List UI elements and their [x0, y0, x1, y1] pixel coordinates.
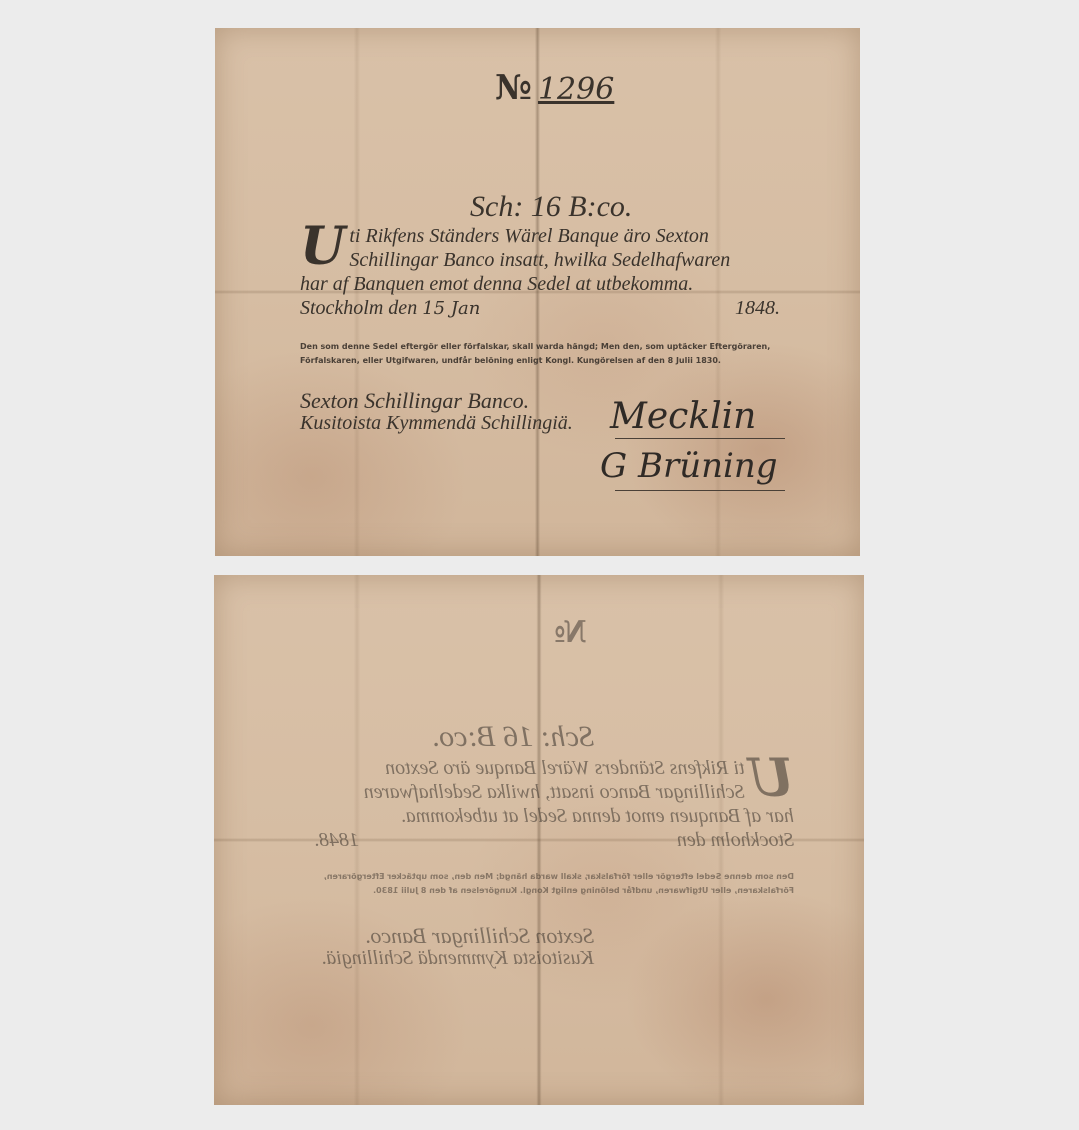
back-warning-line-2: Förfalskaren, eller Utgifwaren, undfår b…	[289, 884, 794, 898]
place-label: Stockholm den	[300, 297, 417, 319]
back-serial-prefix: №	[554, 615, 587, 650]
back-value-swedish: Sexton Schillingar Banco.	[321, 925, 594, 947]
serial-prefix: №	[495, 68, 532, 108]
handwritten-date: 15 Jan	[422, 298, 480, 319]
back-place-label: Stockholm den	[677, 828, 794, 852]
date-line: Stockholm den 15 Jan 1848.	[300, 296, 810, 321]
back-warning: Den som denne Sedel eftergör eller förfa…	[289, 870, 794, 898]
decorative-initial: U	[300, 224, 345, 270]
back-decorative-initial: U	[749, 756, 794, 802]
back-date-line: Stockholm den 1848.	[284, 828, 794, 852]
promise-line-2: Schillingar Banco insatt, hwilka Sedelha…	[300, 248, 810, 272]
warning-line-2: Förfalskaren, eller Utgifwaren, undfår b…	[300, 354, 805, 368]
signature-2: G Brüning	[600, 446, 778, 486]
banknote-front: №1296 Sch: 16 B:co. U ti Rikfens Ständer…	[215, 28, 860, 556]
promise-line-1: ti Rikfens Ständers Wärel Banque äro Sex…	[300, 224, 810, 248]
back-line-1: ti Rikfens Ständers Wärel Banque äro Sex…	[284, 756, 794, 780]
denomination: Sch: 16 B:co.	[470, 190, 632, 224]
back-denomination: Sch: 16 B:co.	[432, 720, 594, 754]
value-finnish: Kusitoista Kymmendä Schillingiä.	[300, 412, 573, 434]
signature-1: Mecklin	[610, 396, 756, 437]
serial-value: 1296	[538, 72, 614, 107]
issue-year: 1848.	[735, 296, 780, 321]
promise-text: U ti Rikfens Ständers Wärel Banque äro S…	[300, 224, 810, 321]
serial-number: №1296	[495, 68, 614, 108]
promise-line-3: har af Banquen emot denna Sedel at utbek…	[300, 272, 810, 296]
back-value-finnish: Kusitoista Kymmendä Schillingiä.	[321, 947, 594, 969]
back-year: 1848.	[314, 828, 359, 852]
value-in-words: Sexton Schillingar Banco. Kusitoista Kym…	[300, 390, 573, 434]
signature-line-1	[615, 438, 785, 439]
warning-line-1: Den som denne Sedel eftergör eller förfa…	[300, 340, 805, 354]
counterfeit-warning: Den som denne Sedel eftergör eller förfa…	[300, 340, 805, 368]
signature-line-2	[615, 490, 785, 491]
value-swedish: Sexton Schillingar Banco.	[300, 390, 573, 412]
back-line-2: Schillingar Banco insatt, hwilka Sedelha…	[284, 780, 794, 804]
back-value-in-words: Sexton Schillingar Banco. Kusitoista Kym…	[321, 925, 594, 969]
banknote-back: № Sch: 16 B:co. U ti Rikfens Ständers Wä…	[214, 575, 864, 1105]
back-warning-line-1: Den som denne Sedel eftergör eller förfa…	[289, 870, 794, 884]
back-promise-text: U ti Rikfens Ständers Wärel Banque äro S…	[284, 756, 794, 852]
back-line-3: har af Banquen emot denna Sedel at utbek…	[284, 804, 794, 828]
